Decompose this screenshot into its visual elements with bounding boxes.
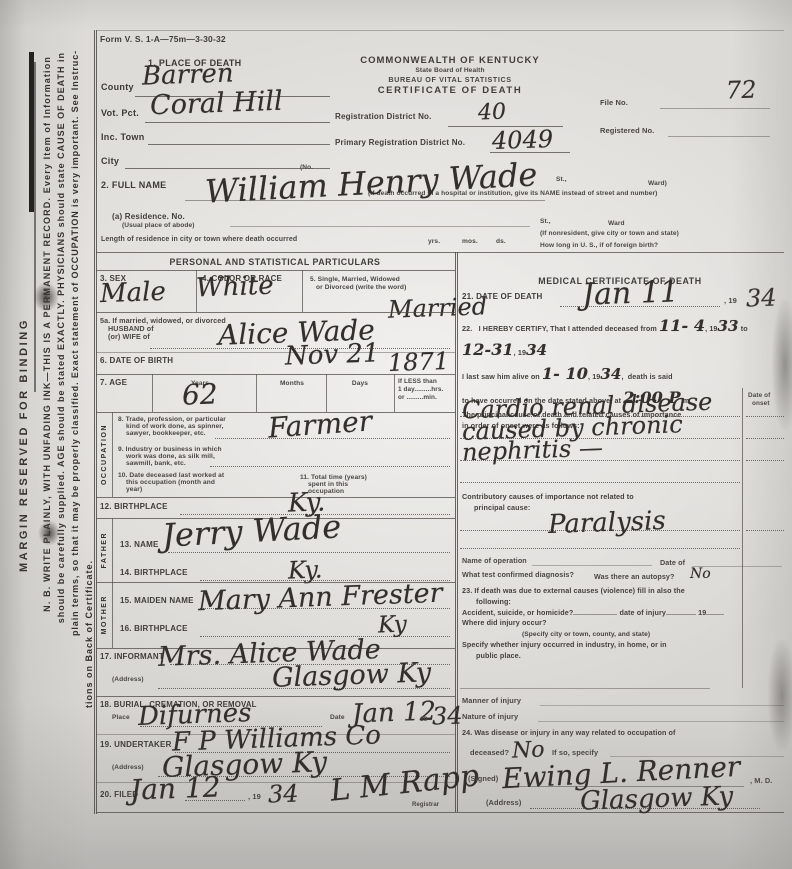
saw-alive-text: I last saw him alive on [462,372,540,381]
abode-note: (Usual place of abode) [122,222,195,229]
burial-date-label: Date [330,714,345,721]
commonwealth-title: COMMONWEALTH OF KENTUCKY [335,55,565,66]
q24-text: 24. Was disease or injury in any way rel… [462,728,676,737]
age-label: 7. AGE [100,378,127,387]
contributory-text2: principal cause: [462,503,530,512]
margin-nb-line: plain terms, so that it may be properly … [70,50,80,636]
age-months-label: Months [262,380,322,387]
county-label: County [101,82,134,92]
informant-label: 17. INFORMANT [100,652,164,661]
death-said-text: death is said [628,372,673,381]
father-side-box: FATHER [96,518,113,582]
mother-side-label: MOTHER [101,595,108,634]
q24-block: 24. Was disease or injury in any way rel… [462,728,784,739]
manner-of-injury-label: Manner of injury [462,696,521,705]
registration-district-label: Registration District No. [335,112,432,121]
to-word: to [741,324,748,333]
from-year-value: 33 [718,317,739,335]
accident-label: Accident, suicide, or homicide? [462,608,573,617]
marital-label: 5. Single, Married, Widowed [310,276,400,283]
occ8-label: 8. Trade, profession, or particular [118,416,226,423]
county-value: Barren [142,58,235,91]
residence-ward: Ward [608,220,625,227]
dob-month-day: Nov 21 [285,338,380,371]
margin-nb-line: N. B. WRITE PLAINLY, WITH UNFADING INK—T… [42,56,52,612]
inc-town-label: Inc. Town [101,132,145,142]
occ10-label: 10. Date deceased last worked at [118,472,224,479]
physician-address-value: Glasgow Ky [580,781,734,816]
certify-text: I HEREBY CERTIFY, That I attended deceas… [479,324,657,333]
saw-year-value: 34 [600,365,621,383]
state-board-line: State Board of Health [335,67,565,74]
physician-address-label: (Address) [486,798,521,807]
informant-address-label: (Address) [112,676,144,683]
residence-label: (a) Residence. No. [112,212,185,221]
length-residence-label: Length of residence in city or town wher… [101,236,297,243]
test-diagnosis-label: What test confirmed diagnosis? [462,570,574,579]
date-of-death-value: Jan 11 [581,274,679,312]
attended-to-value: 12-31 [462,340,514,359]
nature-of-injury-label: Nature of injury [462,712,518,721]
burial-year-value: 34 [432,701,464,730]
operation-date-label: Date of [660,558,685,567]
full-name-label: 2. FULL NAME [101,180,166,190]
to-year-value: 34 [526,341,547,359]
father-side-label: FATHER [101,532,108,568]
date-of-onset-label: Date of [748,392,770,399]
age-less-note: If LESS than [398,378,437,385]
external-causes-block: 23. If death was due to external causes … [462,586,782,662]
father-birthplace-label: 14. BIRTHPLACE [120,568,188,577]
occ9-label3: sawmill, bank, etc. [126,460,186,467]
specify-text: Specify whether injury occurred in indus… [462,640,667,649]
occ11-label: 11. Total time (years) [300,474,367,481]
undertaker-label: 19. UNDERTAKER [100,740,172,749]
occ10-label2: this occupation (month and [126,479,215,486]
autopsy-value: No [690,566,711,582]
marital-label2: or Divorced (write the word) [316,284,406,291]
ward-note: Ward) [648,180,667,187]
burial-place-label: Place [112,714,130,721]
occupation-side-box: OCCUPATION [96,412,113,497]
st-note: St., [556,176,567,183]
to-year-prefix: , 19 [514,348,526,357]
dod-year-prefix: , 19 [724,296,737,305]
contributory-value: Paralysis [548,506,667,540]
filed-year-prefix: , 19 [248,792,261,801]
q23-text: 23. If death was due to external causes … [462,586,685,595]
file-no-value: 72 [726,75,758,104]
from-year-prefix: , 19 [705,324,717,333]
registration-district-value: 40 [478,100,507,126]
where-injury-label: Where did injury occur? [462,618,547,627]
nonresident-note: (If nonresident, give city or town and s… [540,230,679,237]
father-name-value: Jerry Wade [161,507,342,554]
dod-year-value: 34 [746,283,778,312]
occ8-label2: kind of work done, as spinner, [126,423,224,430]
autopsy-label: Was there an autopsy? [594,572,675,581]
q24-deceased-label: deceased? [470,748,509,757]
contributory-text: Contributory causes of importance not re… [462,492,634,501]
burial-year-prefix: 19 [420,716,428,723]
injury-date-label: date of injury [619,608,666,617]
filed-date-value: Jan 12 [129,770,221,806]
signed-label: (Signed) [468,774,498,783]
informant-address-value: Glasgow Ky [272,657,432,694]
injury-year: 19 [698,608,706,617]
margin-nb-line: tions on Back of Certificate. [84,560,94,708]
scan-binding-mark [34,62,36,392]
cause-of-death-line3: nephritis — [462,434,604,467]
age-days-label: Days [332,380,388,387]
primary-district-label: Primary Registration District No. [335,138,465,147]
mother-birthplace-value: Ky [378,612,408,639]
md-label: , M. D. [750,776,772,785]
undertaker-address-label: (Address) [112,764,144,771]
date-of-death-label: 21. DATE OF DEATH [462,292,542,301]
dob-year: 1871 [388,347,450,377]
mother-side-box: MOTHER [96,582,113,648]
operation-label: Name of operation [462,556,527,565]
mos-label: mos. [462,238,478,245]
mother-birthplace-label: 16. BIRTHPLACE [120,624,188,633]
saw-year-prefix: , 19 [588,372,600,381]
certify-number: 22. [462,324,472,333]
form-number: Form V. S. 1-A—75m—3-30-32 [100,34,226,44]
personal-title: PERSONAL AND STATISTICAL PARTICULARS [100,257,450,267]
vot-pct-label: Vot. Pct. [101,108,139,118]
yrs-label: yrs. [428,238,440,245]
vot-pct-value: Coral Hill [149,86,283,122]
occ8-label3: sawyer, bookkeeper, etc. [126,430,206,437]
mother-name-label: 15. MAIDEN NAME [120,596,194,605]
form-top-rule [96,30,784,31]
occupation-side-label: OCCUPATION [101,424,108,485]
certificate-title: CERTIFICATE OF DEATH [335,85,565,96]
occ9-label2: work was done, as silk mill, [126,453,215,460]
file-no-label: File No. [600,98,628,107]
residence-st: St., [540,218,551,225]
date-of-onset-label2: onset [752,400,770,407]
full-name-value: William Henry Wade [204,155,538,210]
bureau-line: BUREAU OF VITAL STATISTICS [335,75,565,84]
margin-binding-text: MARGIN RESERVED FOR BINDING [18,318,30,572]
occ10-label3: year) [126,486,142,493]
age-years-value: 62 [181,377,218,411]
registrar-label: Registrar [412,802,439,808]
father-birthplace-value: Ky. [288,555,323,584]
filed-year-value: 34 [268,779,300,808]
spouse-label3: (or) WIFE of [108,332,150,341]
saw-alive-value: 1- 10 [542,364,588,383]
ds-label: ds. [496,238,506,245]
father-name-label: 13. NAME [120,540,159,549]
sex-value: Male [99,277,166,309]
attended-from-value: 11- 4 [659,316,705,335]
specify-text2: public place. [462,651,521,660]
dob-label: 6. DATE OF BIRTH [100,356,173,365]
margin-nb-line: should be carefully supplied. AGE should… [56,52,66,623]
age-less-note3: or .........min. [398,394,437,401]
q23-text2: following: [462,597,511,606]
city-label: City [101,156,119,166]
foreign-note: How long in U. S., if of foreign birth? [540,242,658,249]
registered-no-label: Registered No. [600,126,654,135]
scanned-death-certificate: MARGIN RESERVED FOR BINDING N. B. WRITE … [0,0,792,869]
if-so-specify-label: If so, specify [552,748,598,757]
age-less-note2: 1 day.........hrs. [398,386,443,393]
specify-city-note: (Specify city or town, county, and state… [462,631,650,638]
race-value: White [196,271,275,304]
section-top-rule [96,252,784,253]
birthplace-label: 12. BIRTHPLACE [100,502,168,511]
primary-district-value: 4049 [492,125,554,155]
occ9-label: 9. Industry or business in which [118,446,222,453]
